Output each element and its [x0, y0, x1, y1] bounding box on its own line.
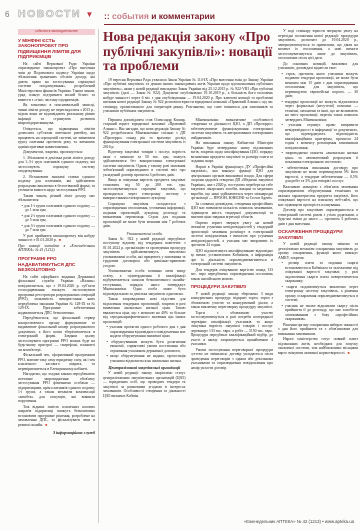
article-item-n: 2. Встановити знижені ставки єдиного под…	[18, 175, 95, 193]
article-item-b: • для 1-ї групи платників єдиного податк…	[18, 204, 95, 213]
article-item-p: Для тендерів очікуваною вартістю понад 1…	[191, 268, 274, 282]
article-item-p: Нагадаємо, що згадані закони передбачают…	[18, 372, 95, 404]
article-item-hred: Програмні РРО надаватимуться ДПС безкошт…	[18, 256, 95, 273]
article-item-b: • запроваджено поняття «аномально низька…	[278, 151, 358, 165]
article-item-p: Умови застосування переговорної процедур…	[191, 348, 274, 371]
article-item-p: Фіскальний чек, сформований програмним Р…	[18, 353, 95, 371]
article-column-4: У ході семінару юристи звернули увагу на…	[278, 29, 358, 507]
article-item-p: Таким чином, річний ліміт доходу має збі…	[18, 194, 95, 203]
article-item-b: • тендерні пропозиції не можуть відхилят…	[278, 100, 358, 123]
article-item-p: Наразі в Україні функціонує ДУ «Професій…	[191, 165, 274, 201]
end-of-article-mark: ■	[59, 238, 61, 242]
page-content: НОВОСТИ ▼ :: события и комментарии событ…	[18, 8, 355, 523]
article-item-p: Мінекономіки визначатиме особливості ств…	[191, 118, 274, 141]
kicker-colon-icon: ::	[104, 11, 110, 21]
article-item-b: • скарги подаватимуться виключно через е…	[278, 285, 358, 303]
article-item-p: На сайті офіційного видання Державної фі…	[18, 275, 95, 316]
article-item-p: До основних новацій, важливих для учасни…	[278, 62, 358, 71]
news-brief-column: события в законодательстве У Мінфіні єст…	[18, 29, 99, 523]
article-item-b: • обґрунтуванням можуть бути досягнення …	[103, 340, 186, 354]
article-item-p: Уповноважена особа повинна мати вищу осв…	[103, 269, 186, 296]
article-item-p: На виконання закону Кабінетом Міністрів …	[191, 141, 274, 164]
article-item-p: Спрощена закупівля складається з оприлюд…	[103, 202, 186, 229]
article-item-it: Про новації читайте в «Еженедельник АПТЕ…	[18, 244, 95, 253]
article-item-p: Документом, зокрема, пропонується:	[18, 150, 95, 155]
article-item-sig: З інформаційних служб	[18, 430, 95, 435]
article-item-b: • для 3-ї групи платників єдиного податк…	[18, 224, 95, 233]
section-kicker: :: события и комментарии	[104, 11, 355, 21]
article-item-p: Передбачається, що фіскальний сервер кон…	[18, 316, 95, 352]
logo-arrow-icon: ▼	[85, 10, 93, 19]
article-column-2: Першим доповідачем став Олександр Кошир,…	[103, 118, 186, 510]
end-of-article-mark: ■	[347, 351, 349, 355]
article-item-p: Як зазначено в пояснювальній записці, чи…	[18, 103, 95, 126]
article-item-hred: Оскарження процедури закупівлі	[278, 229, 358, 240]
newspaper-page: 6 НОВОСТИ ▼ :: события и комментарии соб…	[0, 0, 360, 530]
article-left-area: Нова редакція закону «Про публічні закуп…	[103, 29, 273, 523]
article-item-p: Наразі міністерство готує повний пакет п…	[278, 337, 358, 355]
article-columns: Першим доповідачем став Олександр Кошир,…	[103, 118, 273, 510]
article-item-b: • учасник протягом одного робочого дня з…	[103, 325, 186, 339]
issue-footer: «Еженедельник АПТЕКА» № 42 (1213) • www.…	[244, 519, 354, 524]
article-item-hit: Уповноважені особи	[103, 231, 186, 236]
article-item-p: У новій редакції закону закріплено стату…	[103, 371, 186, 398]
article-item-p: За словами доповідача, створення професі…	[191, 202, 274, 220]
main-article: Нова редакція закону «Про публічні закуп…	[103, 29, 358, 523]
article-item-hred: Процедури закупівлі	[191, 284, 274, 290]
news-brief-list: У Мінфіні єсть законопроект про підвищен…	[18, 38, 95, 436]
logo-text: НОВОСТИ	[18, 8, 81, 20]
article-item-p: Якщо ж очікувана вартість предмета закуп…	[103, 178, 186, 201]
article-item-p: На сайті Верховної Ради України оприлюдн…	[18, 62, 95, 103]
article-item-p: Договір про закупівлю оприлюднюється в е…	[278, 208, 358, 226]
article-item-p: Торги з обмеженою участю застосовуватиму…	[191, 311, 274, 347]
article-item-p: Окремо юрист звернув увагу на новий меха…	[191, 221, 274, 248]
kicker-word-dark: и комментарии	[151, 11, 215, 21]
article-item-p: Очікується, що підвищення лімітів дозвол…	[18, 127, 95, 150]
section-banner: события в законодательстве	[18, 29, 95, 35]
article-headline: Нова редакція закону «Про публічні закуп…	[103, 30, 273, 74]
article-item-b: • забезпечення виконання договору про за…	[278, 166, 358, 184]
newspaper-logo: НОВОСТИ ▼	[18, 8, 95, 20]
article-item-hred: У Мінфіні єсть законопроект про підвищен…	[18, 38, 95, 60]
article-item-p: У разі прийняття законопроекту він набуд…	[18, 234, 95, 243]
article-column-3: Мінекономіки визначатиме особливості ств…	[191, 118, 274, 510]
article-item-p: Важливою новацією є обов'язок замовника …	[278, 185, 358, 208]
logo-block: НОВОСТИ ▼	[18, 8, 95, 20]
article-item-p: У новій редакції закону збережено 3 види…	[191, 292, 274, 310]
article-item-n: 1. Збільшити в декілька разів ліміти дох…	[18, 156, 95, 174]
article-item-p: Рішення органу оскарження набирає чиннос…	[278, 323, 358, 337]
article-item-p: ЦЗО підлягатимуть кваліфікуванню відпові…	[191, 249, 274, 267]
body-columns: события в законодательстве У Мінфіні єст…	[18, 29, 355, 523]
article-item-b: • учасник отримує право виправити невідп…	[278, 123, 358, 150]
article-item-p: У ході семінару юристи звернули увагу на…	[278, 29, 358, 61]
article-lead: 19 вересня Верховна Рада ухвалила Закон …	[103, 78, 273, 114]
article-item-p: Тож віднині замість класичних касових ап…	[18, 405, 95, 428]
article-item-b: • якщо обґрунтування не надано, пропозиц…	[103, 354, 186, 363]
article-item-b: • розмір плати за подання скарги встанов…	[278, 261, 358, 284]
article-item-b: • строк, протягом якого учасники можуть …	[278, 72, 358, 99]
article-item-b: • учасник не зможе відкликати скаргу піс…	[278, 304, 358, 322]
article-item-p: У новій редакції закону змінено та детал…	[278, 242, 358, 260]
kicker-word-light: события	[112, 11, 149, 21]
article-item-b: • для 2-ї групи платників єдиного податк…	[18, 214, 95, 223]
section-header-row: :: события и комментарии	[104, 11, 355, 25]
article-item-hbit: Централізовані закупівельні організації	[103, 365, 186, 370]
end-of-article-mark: ■	[45, 423, 47, 427]
article-item-p: Також запроваджено нові підстави для від…	[103, 297, 186, 324]
page-header: НОВОСТИ ▼ :: события и комментарии	[18, 8, 355, 27]
article-item-p: Першим доповідачем став Олександр Кошир,…	[103, 118, 186, 150]
article-item-p: Відтепер закупівлі товарів і послуг, вар…	[103, 150, 186, 177]
page-number: 6	[5, 10, 9, 19]
article-item-p: Закон № 922 у новій редакції передбачає …	[103, 237, 186, 269]
